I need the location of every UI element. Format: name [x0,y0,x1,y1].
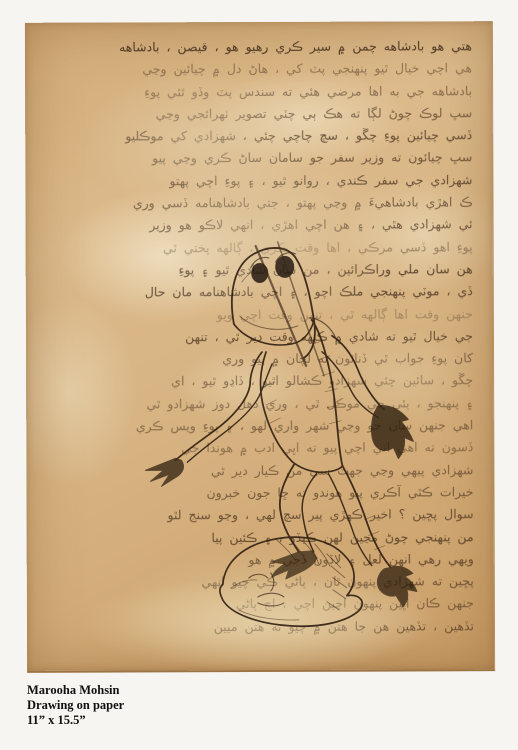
manuscript-line: اهي جنهن سان جو وڃي شهر واري لهو ، ۽ پوء… [46,414,473,438]
manuscript-line: ڏسي چيائين پوءِ چڱو ، سچ چاچي چئي ، شهزا… [45,124,472,148]
manuscript-line: ڪ اهڙي بادشاهيءَ ۾ وڃي پهتو ، جتي بادشاه… [45,191,472,215]
manuscript-line: بادشاهه جي به اها مرضي هئي ته سندس پٽ وڏ… [45,80,472,104]
manuscript-line: سوال پڇين ؟ اخير ڪهڙي پير سچ لهي ، وڃو س… [47,503,474,527]
artwork-dimensions: 11” x 15.5” [27,713,124,728]
manuscript-line: ڏسون ته اهي اتي اچي پيو ته اڀي ادب ۾ هون… [46,437,473,461]
manuscript-line: خيرات ڪٿي آڪري پيو هوندو ته ڇا جون خبرون [46,481,473,505]
manuscript-line: چڱو ، سائين چئي شهزادو ڪشالو اٿيو ، ڏاڍو… [46,370,473,394]
manuscript-line: هي اچي خيال ٿيو پنهنجي پٽ کي ، هاڻ دل ۾ … [45,58,472,82]
manuscript-line: پڇين ته شهزادي پنهون ٿان ، پاڻي ڪي چيو ا… [47,570,474,594]
photo-page: هتي هو بادشاهه چمن ۾ سير ڪري رهيو هو ، ق… [0,0,518,750]
manuscript-line: تڏهين ، تڏهين هن جا هتن ۾ چيو ته هتن ميي… [47,615,474,639]
manuscript-line: ڏي ، موٽي پنهنجي ملڪ اچو ، ۽ اچي بادشاهن… [46,281,473,305]
manuscript-line: من پنهنجي چوڻ مڃين لهن ڪيڏو ، ۽ ڪئين پيا [47,526,474,550]
manuscript-line: سڀ لوڪ چوڻ لڳا ته هڪ ٻي چٽي تصوير ٺهرائج… [45,102,472,126]
manuscript-line: پوءِ اهو ڏسي مرڪي ، اها وقت ڪري ، ڳالهه … [46,236,473,260]
artwork-photo: هتي هو بادشاهه چمن ۾ سير ڪري رهيو هو ، ق… [25,21,495,673]
manuscript-line: جي خيال ٿيو ته شادي ۾ ڪيهه وقت دير ٿي ، … [46,325,473,349]
manuscript-line: شهزادي پيهي وڃي جهٽ سي من ڪيار دير ٿي [46,459,473,483]
manuscript-text: هتي هو بادشاهه چمن ۾ سير ڪري رهيو هو ، ق… [45,35,474,660]
manuscript-line: جنهن ڪان اڀين پنهون اچين اچي ، اچ پاڻي [47,593,474,617]
manuscript-line: ئي شهزادي هٿي ، ۽ هن اچي اهڙي ، انهي لاڪ… [46,214,473,238]
manuscript-line: ۽ پنهنجو ، ٻئي جي موڪل ٿي ، وري دهل دوز … [46,392,473,416]
manuscript-line: سڀ چيائون ته وزير سفر جو سامان ساڻ ڪري و… [45,147,472,171]
artist-name: Marooha Mohsin [27,683,124,698]
manuscript-line: هن سان ملي وراڪرائين ، من سان شادي ٿيو ۽… [46,258,473,282]
manuscript-line: جنهن وقت اها ڳالهه ٿي ، تنهن وقت اچي ويو [46,303,473,327]
manuscript-line: هتي هو بادشاهه چمن ۾ سير ڪري رهيو هو ، ق… [45,35,472,59]
artwork-caption: Marooha Mohsin Drawing on paper 11” x 15… [27,683,124,728]
manuscript-line: شهزادي جي سفر ڪندي ، روانو ٿيو ، ۽ پوءِ … [45,169,472,193]
manuscript-line: ويهي رهي انهن لعل ۽ لاڏون ڏجي ۾ هو [47,548,474,572]
artwork-medium: Drawing on paper [27,698,124,713]
manuscript-line: کان پوءِ جواب ٿي ڏنائون ته لچان ۾ پيو ور… [46,347,473,371]
